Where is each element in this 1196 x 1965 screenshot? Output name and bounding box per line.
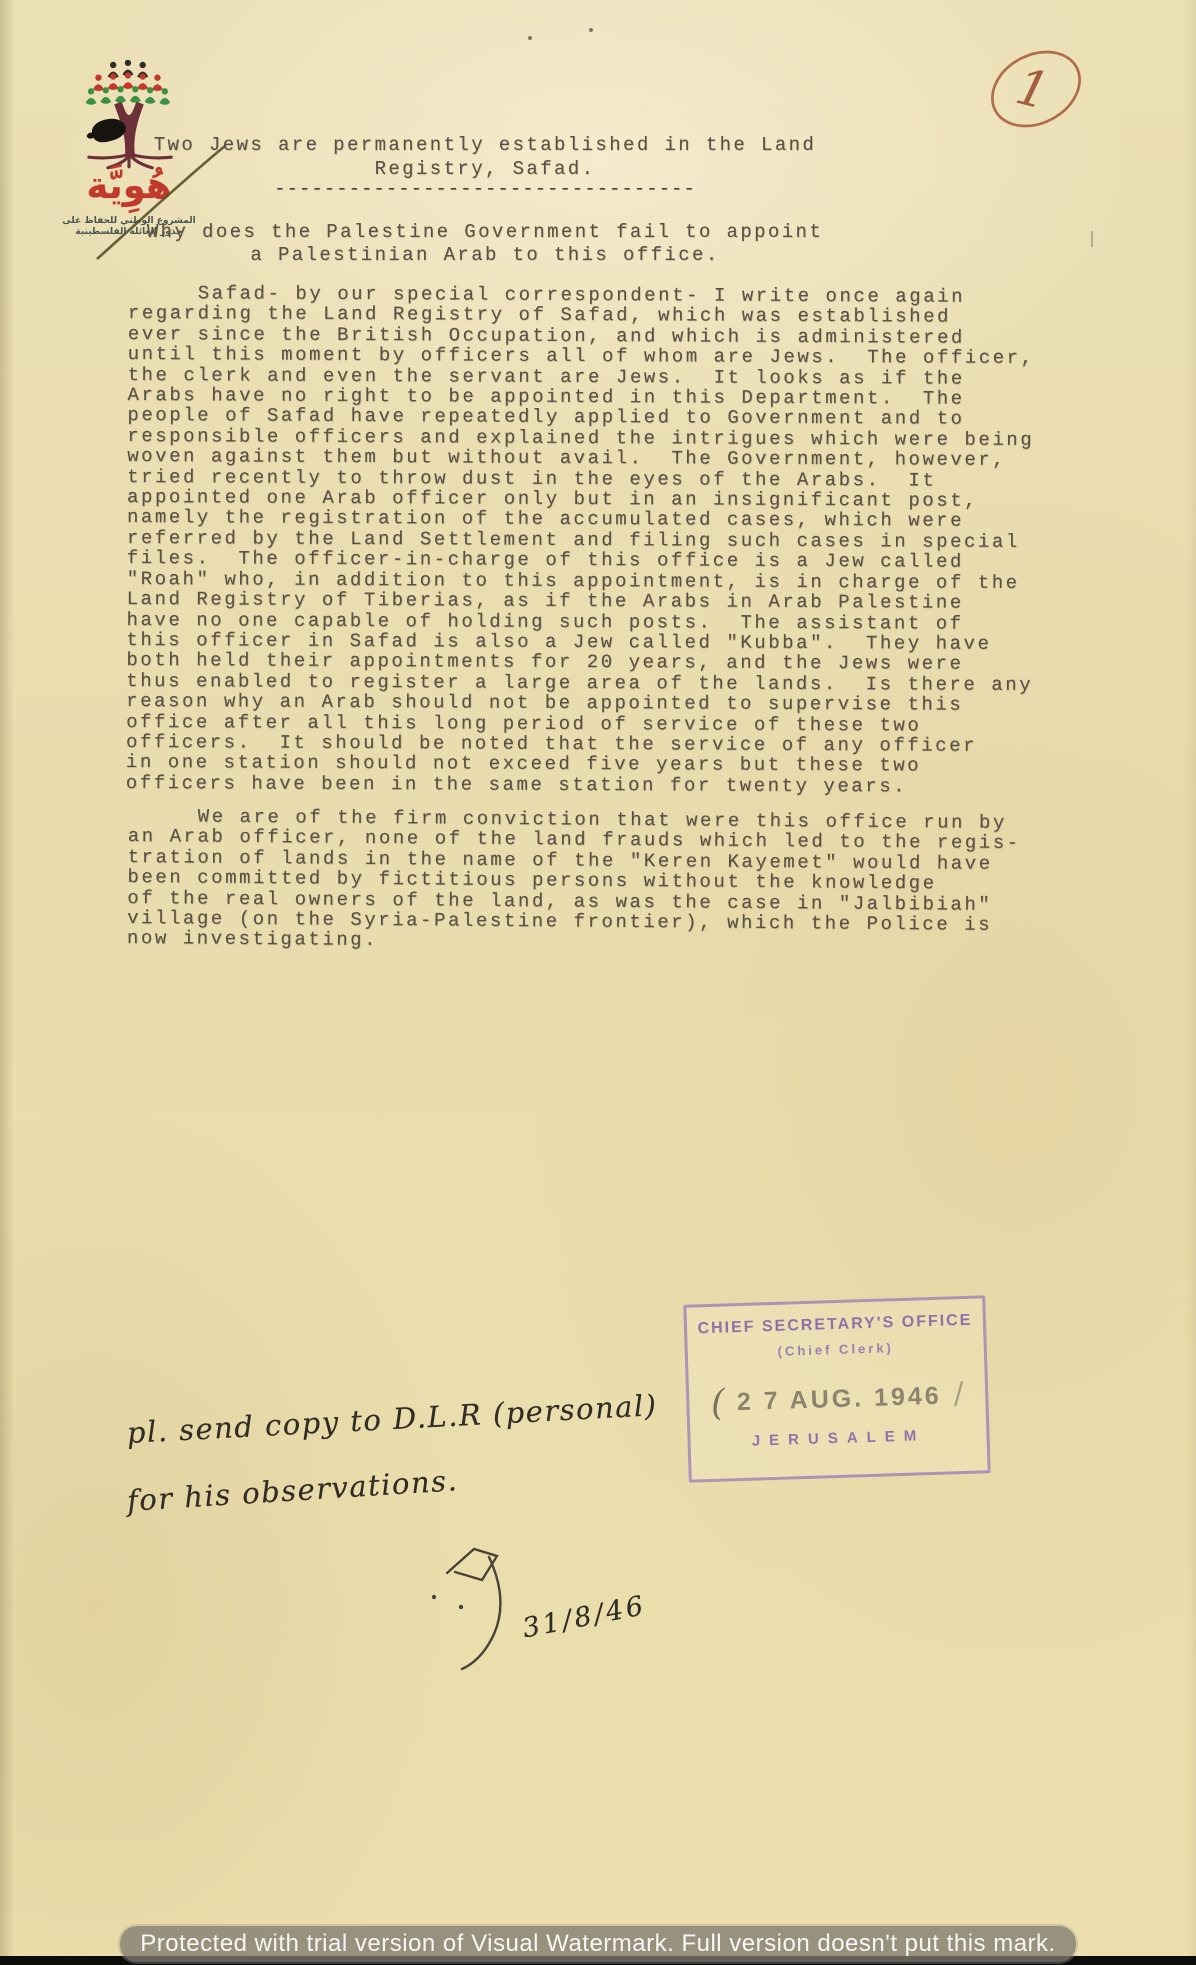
handwritten-note-line2: for his observations. [126,1463,459,1518]
document-subtitle-line1: Why does the Palestine Government fail t… [0,221,970,243]
office-stamp: CHIEF SECRETARY'S OFFICE (Chief Clerk) (… [683,1295,990,1482]
title-underline-dashes: ---------------------------------- [0,178,970,200]
stamp-date-open-bracket: ( [710,1383,725,1424]
stamp-office-name: CHIEF SECRETARY'S OFFICE [697,1312,972,1339]
document-subtitle-line2: a Palestinian Arab to this office. [0,244,970,266]
document-title-line1: Two Jews are permanently established in … [0,134,970,156]
page-number-circle [979,37,1092,140]
page-number: 1 [1010,57,1055,121]
handwritten-note-line1: pl. send copy to D.L.R (personal) [126,1388,658,1450]
stamp-date: 2 7 AUG. 1946 [736,1382,942,1417]
stamp-city: JERUSALEM [752,1427,926,1449]
initials-flourish [432,1549,501,1669]
stamp-clerk-line: (Chief Clerk) [777,1340,894,1359]
stamp-date-close-bracket: / [953,1376,964,1411]
stamp-date-row: ( 2 7 AUG. 1946 / [710,1371,964,1420]
scanned-document-page: هُوِيَّة المشروع الوطني للحفاظ على جذور … [0,0,1196,1965]
ink-speck [528,36,532,40]
handwritten-date: 31/8/46 [520,1590,649,1644]
body-paragraph-2: We are of the firm conviction that were … [127,806,1088,956]
document-title-line2: Registry, Safad. [0,158,970,180]
ink-speck [589,28,593,32]
body-paragraph-1: Safad- by our special correspondent- I w… [126,283,1088,797]
watermark-text: Protected with trial version of Visual W… [140,1930,1055,1958]
watermark-bar: Protected with trial version of Visual W… [120,1926,1076,1962]
